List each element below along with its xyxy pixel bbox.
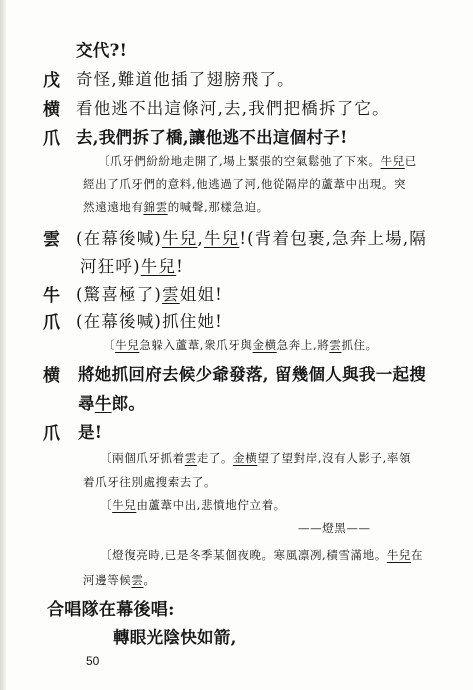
text-run: 〔 (103, 338, 115, 352)
proper-name: 雲 (329, 338, 341, 352)
dialogue-line: 交代?! (76, 37, 127, 61)
proper-name: 金横 (252, 338, 276, 352)
proper-name: 雲 (162, 285, 180, 304)
speaker-label: 戊 (43, 66, 60, 91)
proper-name: 金横 (233, 451, 257, 465)
chorus-lyric: 轉眼光陰快如箭, (113, 624, 237, 648)
dialogue-line: (在幕後喊)牛兒,牛兒!(背着包裹,急奔上場,隔 (76, 225, 427, 249)
text-run: (驚喜極了) (76, 285, 162, 304)
page-number: 50 (86, 654, 99, 668)
text-run: 的喊聲,那樣急迫。 (168, 200, 269, 214)
stage-direction: 〔牛兒急躲入蘆葦,衆爪牙與金横急奔上,將雲抓住。 (103, 337, 378, 353)
text-run: 尋 (78, 394, 95, 413)
stage-direction: 河邊等候雲。 (83, 572, 156, 588)
text-run: 〔爪牙們紛紛地走開了,場上緊張的空氣鬆弛了下來。 (98, 154, 381, 168)
speaker-label: 雲 (43, 225, 60, 250)
speaker-label: 爪 (43, 124, 60, 149)
text-run: 奇怪,難道他插了翅膀飛了。 (76, 70, 295, 89)
proper-name: 牛兒 (387, 548, 411, 562)
text-run: 在 (411, 548, 423, 562)
speaker-label: 爪 (43, 308, 60, 333)
dialogue-line: 尋牛郎。 (78, 390, 145, 414)
dialogue-line: 看他逃不出這條河,去,我們把橋拆了它。 (76, 95, 390, 119)
proper-name: 牛兒 (141, 257, 176, 276)
dialogue-line: 是! (78, 419, 102, 443)
dialogue-line: (在幕後喊)抓住她! (76, 308, 223, 332)
speaker-label: 横 (43, 95, 60, 120)
text-run: (在幕後喊) (76, 229, 162, 248)
text-run: 姐姐! (180, 285, 223, 304)
text-run: 〔兩個爪牙抓着 (100, 451, 185, 465)
proper-name: 牛兒 (112, 498, 136, 512)
text-run: 看他逃不出這條河,去,我們把橋拆了它。 (76, 99, 390, 118)
stage-direction: 着爪牙往別處搜索去了。 (83, 474, 216, 490)
text-run: 已 (405, 154, 417, 168)
speaker-label: 爪 (43, 419, 60, 444)
text-run: ! (176, 257, 184, 276)
speaker-label: 横 (43, 361, 60, 386)
text-run: 交代?! (76, 41, 127, 60)
text-run: 是! (78, 423, 102, 442)
text-run: 然遠遠地有 (83, 200, 144, 214)
proper-name: 牛兒 (204, 229, 239, 248)
text-run: 〔 (100, 498, 112, 512)
proper-name: 雲 (185, 451, 197, 465)
text-run: 望了望對岸,沒有人影子,率領 (257, 451, 411, 465)
text-run: (在幕後喊)抓住她! (76, 312, 223, 331)
scan-edge-shadow (0, 0, 6, 690)
text-run: 走了。 (197, 451, 233, 465)
stage-direction: 然遠遠地有錦雲的喊聲,那樣急迫。 (83, 199, 269, 215)
dialogue-line: (驚喜極了)雲姐姐! (76, 281, 223, 305)
dialogue-line: 去,我們拆了橋,讓他逃不出這個村子! (76, 124, 348, 148)
text-run: 去,我們拆了橋,讓他逃不出這個村子! (76, 128, 348, 147)
stage-direction: 〔燈復亮時,已是冬季某個夜晚。寒風凛冽,積雪滿地。牛兒在 (100, 547, 423, 563)
text-run: 河狂呼) (80, 257, 141, 276)
text-run: 急奔上,將 (277, 338, 330, 352)
text-run: ——燈黑—— (298, 521, 371, 535)
chorus-heading: 合唱隊在幕後唱: (47, 595, 175, 620)
text-run: 急躲入蘆葦,衆爪牙與 (139, 338, 252, 352)
proper-name: 錦雲 (144, 200, 168, 214)
speaker-label: 牛 (43, 281, 60, 306)
text-run: 由蘆葦中出,悲憤地佇立着。 (136, 498, 285, 512)
text-run: 經出了爪牙們的意料,他逃過了河,他從隔岸的蘆葦中出現。突 (83, 177, 406, 191)
text-run: !(背着包裹,急奔上場,隔 (239, 229, 427, 248)
text-run: 河邊等候 (83, 573, 131, 587)
proper-name: 牛兒 (115, 338, 139, 352)
text-run: 合唱隊在幕後唱: (47, 600, 175, 620)
text-run: 。 (144, 573, 156, 587)
dialogue-line: 奇怪,難道他插了翅膀飛了。 (76, 66, 295, 90)
proper-name: 牛 (95, 394, 112, 413)
stage-direction: 經出了爪牙們的意料,他逃過了河,他從隔岸的蘆葦中出現。突 (83, 176, 406, 192)
proper-name: 雲 (131, 573, 143, 587)
proper-name: 牛兒 (381, 154, 405, 168)
text-run: 轉眼光陰快如箭, (113, 628, 237, 647)
text-run: 着爪牙往別處搜索去了。 (83, 475, 216, 489)
scene-transition: ——燈黑—— (298, 520, 371, 536)
text-run: 將她抓回府去候少爺發落, 留幾個人與我一起搜 (78, 365, 426, 384)
text-run: 〔燈復亮時,已是冬季某個夜晚。寒風凛冽,積雪滿地。 (100, 548, 387, 562)
text-run: 抓住。 (341, 338, 377, 352)
dialogue-line: 河狂呼)牛兒! (80, 253, 184, 277)
text-run: 郎。 (112, 394, 146, 413)
dialogue-line: 將她抓回府去候少爺發落, 留幾個人與我一起搜 (78, 361, 426, 385)
stage-direction: 〔牛兒由蘆葦中出,悲憤地佇立着。 (100, 497, 286, 513)
stage-direction: 〔兩個爪牙抓着雲走了。金横望了望對岸,沒有人影子,率領 (100, 450, 411, 466)
proper-name: 牛兒 (162, 229, 197, 248)
stage-direction: 〔爪牙們紛紛地走開了,場上緊張的空氣鬆弛了下來。牛兒已 (98, 153, 417, 169)
